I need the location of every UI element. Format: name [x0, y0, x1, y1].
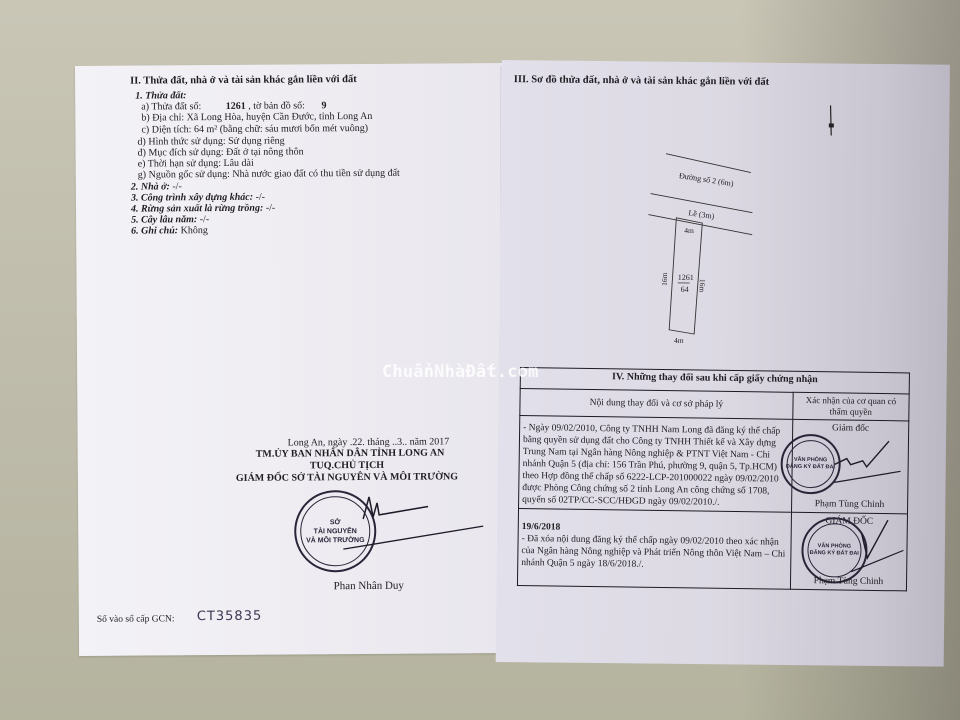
left-length-label: 16m — [659, 272, 670, 285]
usage-origin-row: g) Nguồn gốc sử dụng: Nhà nước giao đất … — [138, 168, 400, 181]
area-row: c) Diện tích: 64 m² (bằng chữ: sáu mươi … — [141, 123, 368, 136]
registry-label: Số vào sổ cấp GCN: — [97, 614, 175, 626]
site-diagram: Đường số 2 (6m) Lề (3m) 4m 4m 16m 16m 12… — [639, 141, 781, 342]
map-sheet-value: 9 — [321, 100, 326, 111]
section-iii-title: III. Sơ đồ thửa đất, nhà ở và tài sản kh… — [514, 74, 769, 88]
parcel-heading: 1. Thửa đất: — [135, 90, 186, 101]
parcel-number-value: 1261 — [226, 101, 246, 112]
parcel-number-label: a) Thửa đất số: — [141, 101, 201, 112]
map-sheet-label: , tờ bản đồ số: — [248, 100, 305, 111]
north-arrow-icon — [825, 103, 837, 139]
table-row: - Ngày 09/02/2010, Công ty TNHH Nam Long… — [519, 416, 909, 514]
bottom-width-label: 4m — [674, 335, 684, 346]
site-diagram-lines — [639, 141, 781, 342]
signature-icon — [333, 488, 493, 559]
authority-line-2: TUQ.CHỦ TỊCH — [310, 460, 384, 472]
change-entry-1-confirm: Giám đốc VĂN PHÒNG ĐĂNG KÝ ĐẤT ĐAI Phạm … — [791, 419, 908, 514]
section-ii-title: II. Thửa đất, nhà ở và tài sản khác gắn … — [130, 74, 357, 87]
authority-line-3: GIÁM ĐỐC SỞ TÀI NGUYÊN VÀ MÔI TRƯỜNG — [236, 471, 458, 484]
authority-line-1: TM.ỦY BAN NHÂN DÂN TỈNH LONG AN — [256, 447, 445, 459]
item-house: 2. Nhà ở: -/- — [131, 181, 182, 192]
parcel-number-in-diagram: 1261 — [678, 272, 694, 283]
signer-name: Phan Nhân Duy — [334, 581, 404, 592]
address-row: b) Địa chỉ: Xã Long Hòa, huyện Cần Đước,… — [141, 111, 372, 124]
signature-icon — [841, 514, 906, 575]
usage-purpose-row: đ) Mục đích sử dụng: Đất ở tại nông thôn — [138, 146, 304, 158]
watermark: ChuẩnNhàĐất.com — [382, 362, 539, 382]
left-page: II. Thửa đất, nhà ở và tài sản khác gắn … — [75, 63, 509, 656]
change-entry-2-confirm: GIÁM ĐỐC VĂN PHÒNG ĐĂNG KÝ ĐẤT ĐAI Phạm … — [790, 512, 907, 591]
usage-term-row: e) Thời hạn sử dụng: Lâu dài — [138, 158, 254, 170]
changes-table: IV. Những thay đổi sau khi cấp giấy chứn… — [517, 367, 910, 591]
item-forest: 4. Rừng sản xuất là rừng trồng: -/- — [131, 203, 275, 215]
change-entry-2-text: 19/6/2018 - Đã xóa nội dung đăng ký thế … — [517, 508, 791, 589]
top-width-label: 4m — [684, 225, 694, 236]
item-perennial: 5. Cây lâu năm: -/- — [131, 214, 209, 226]
parcel-area-in-diagram: 64 — [681, 284, 689, 295]
registry-value: CT35835 — [197, 611, 262, 622]
table-row: 19/6/2018 - Đã xóa nội dung đăng ký thế … — [517, 508, 907, 590]
item-note: 6. Ghi chú: Không — [131, 225, 208, 237]
right-length-label: 16m — [697, 279, 708, 292]
signature-icon — [832, 434, 903, 485]
changes-col2-header: Xác nhận của cơ quan có thẩm quyền — [793, 392, 910, 421]
changes-col1-header: Nội dung thay đổi và cơ sở pháp lý — [520, 389, 793, 420]
change-entry-1-text: - Ngày 09/02/2010, Công ty TNHH Nam Long… — [519, 416, 793, 513]
